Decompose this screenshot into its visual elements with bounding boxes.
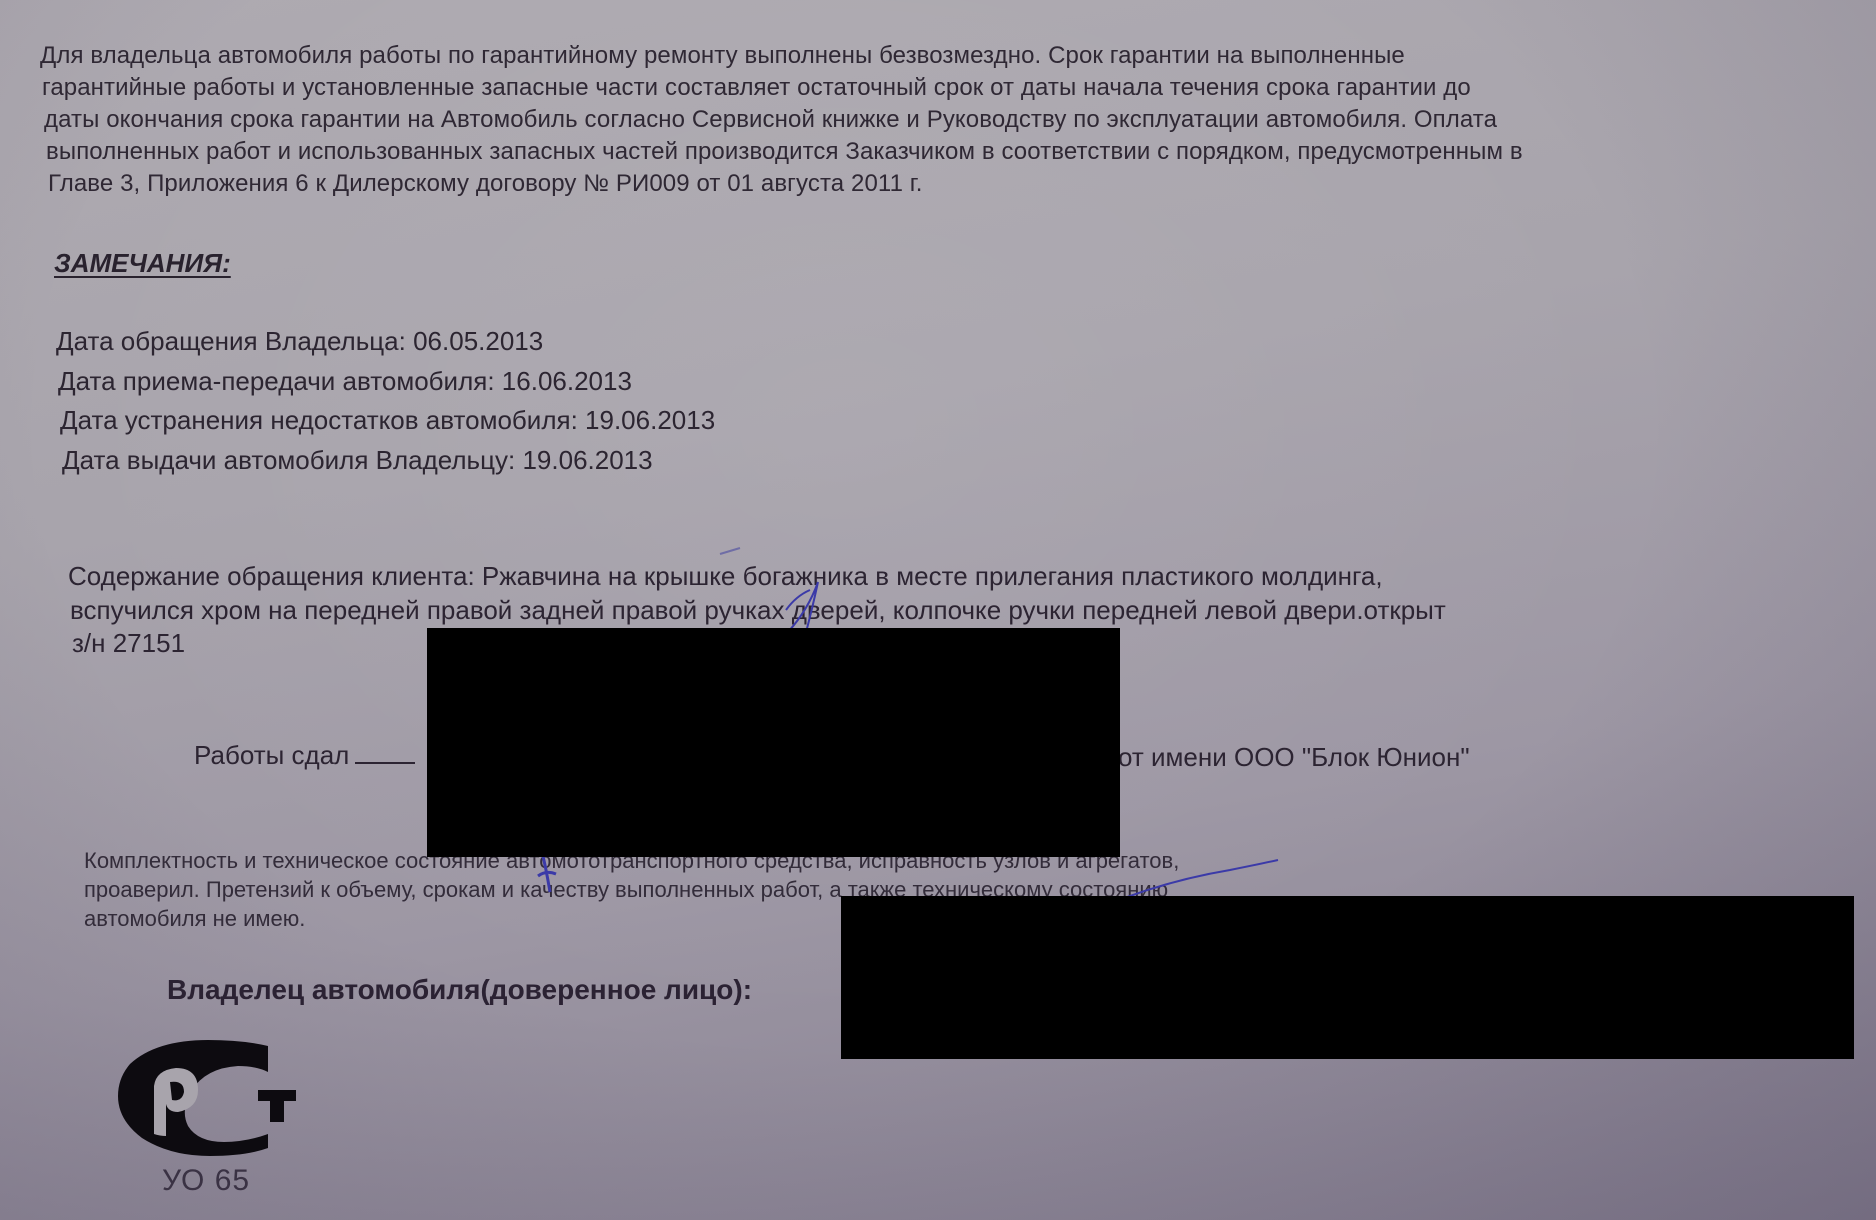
rst-certification-mark-icon: [118, 1038, 298, 1163]
date-value: 16.06.2013: [502, 366, 632, 396]
work-handed-row: Работы сдал: [194, 740, 415, 771]
intro-line: Главе 3, Приложения 6 к Дилерскому догов…: [48, 170, 922, 198]
work-handed-label: Работы сдал: [194, 740, 349, 770]
owner-label: Владелец автомобиля(доверенное лицо):: [167, 974, 752, 1006]
date-label: Дата приема-передачи автомобиля:: [58, 366, 495, 396]
work-handed-on-behalf: от имени ООО "Блок Юнион": [1118, 742, 1470, 773]
date-label: Дата выдачи автомобиля Владельцу:: [62, 445, 515, 475]
signature-line: [355, 762, 415, 764]
remarks-heading: ЗАМЕЧАНИЯ:: [54, 248, 231, 279]
date-value: 19.06.2013: [522, 445, 652, 475]
client-request-line: вспучился хром на передней правой задней…: [70, 595, 1446, 626]
redaction-box: [841, 896, 1854, 1059]
acceptance-line: автомобиля не имею.: [84, 906, 305, 932]
date-row: Дата устранения недостатков автомобиля: …: [60, 405, 715, 436]
date-row: Дата обращения Владельца: 06.05.2013: [56, 326, 543, 357]
intro-line: Для владельца автомобиля работы по гаран…: [40, 42, 1405, 70]
date-row: Дата приема-передачи автомобиля: 16.06.2…: [58, 366, 632, 397]
date-row: Дата выдачи автомобиля Владельцу: 19.06.…: [62, 445, 653, 476]
date-value: 06.05.2013: [413, 326, 543, 356]
date-label: Дата обращения Владельца:: [56, 326, 406, 356]
intro-line: гарантийные работы и установленные запас…: [42, 74, 1471, 102]
redaction-box: [427, 628, 1120, 857]
date-value: 19.06.2013: [585, 405, 715, 435]
date-label: Дата устранения недостатков автомобиля:: [60, 405, 578, 435]
certification-code: УО 65: [162, 1164, 250, 1198]
intro-line: выполненных работ и использованных запас…: [46, 138, 1523, 166]
intro-line: даты окончания срока гарантии на Автомоб…: [44, 106, 1497, 134]
client-request-line: Содержание обращения клиента: Ржавчина н…: [68, 561, 1383, 592]
client-request-line: з/н 27151: [72, 628, 185, 659]
